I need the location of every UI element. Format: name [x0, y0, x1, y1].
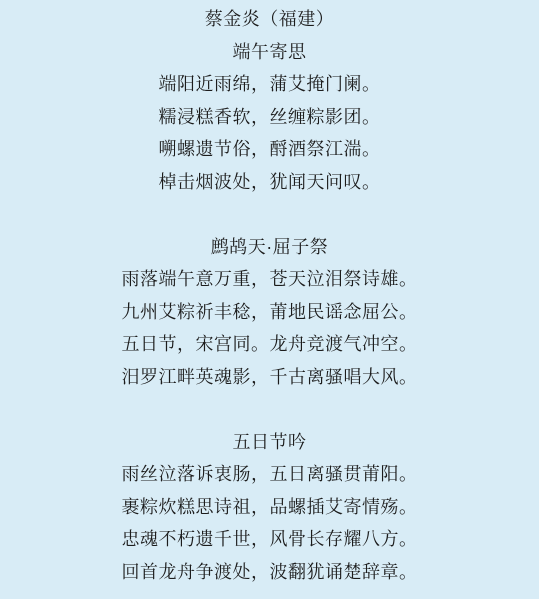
stanza-gap — [0, 198, 539, 231]
poem-line: 忠魂不朽遗千世，风骨长存耀八方。 — [0, 523, 539, 556]
poem-line: 糯浸糕香软，丝缠粽影团。 — [0, 101, 539, 134]
author-line: 蔡金炎（福建） — [0, 3, 539, 36]
poem-line: 雨落端午意万重，苍天泣泪祭诗雄。 — [0, 263, 539, 296]
poem-line: 嗍螺遗节俗，酹酒祭江湍。 — [0, 133, 539, 166]
poem-title: 五日节吟 — [0, 426, 539, 459]
poem-document-page: 蔡金炎（福建） 端午寄思 端阳近雨绵，蒲艾掩门阑。 糯浸糕香软，丝缠粽影团。 嗍… — [0, 0, 539, 599]
stanza-gap — [0, 393, 539, 426]
poem-line: 端阳近雨绵，蒲艾掩门阑。 — [0, 68, 539, 101]
poem-duanwu-jisi: 端午寄思 端阳近雨绵，蒲艾掩门阑。 糯浸糕香软，丝缠粽影团。 嗍螺遗节俗，酹酒祭… — [0, 36, 539, 199]
poem-line: 裹粽炊糕思诗祖，品螺插艾寄情殇。 — [0, 491, 539, 524]
poem-zhegutian-quziji: 鹧鸪天·屈子祭 雨落端午意万重，苍天泣泪祭诗雄。 九州艾粽祈丰稔，莆地民谣念屈公… — [0, 231, 539, 394]
poem-title: 端午寄思 — [0, 36, 539, 69]
poem-title: 鹧鸪天·屈子祭 — [0, 231, 539, 264]
poem-line: 棹击烟波处，犹闻天问叹。 — [0, 166, 539, 199]
poem-line: 回首龙舟争渡处，波翻犹诵楚辞章。 — [0, 556, 539, 589]
poem-line: 九州艾粽祈丰稔，莆地民谣念屈公。 — [0, 296, 539, 329]
poem-line: 雨丝泣落诉衷肠，五日离骚贯莆阳。 — [0, 458, 539, 491]
poem-wurijie-yin: 五日节吟 雨丝泣落诉衷肠，五日离骚贯莆阳。 裹粽炊糕思诗祖，品螺插艾寄情殇。 忠… — [0, 426, 539, 589]
poem-line: 五日节，宋宫同。龙舟竞渡气冲空。 — [0, 328, 539, 361]
poem-line: 汨罗江畔英魂影，千古离骚唱大风。 — [0, 361, 539, 394]
